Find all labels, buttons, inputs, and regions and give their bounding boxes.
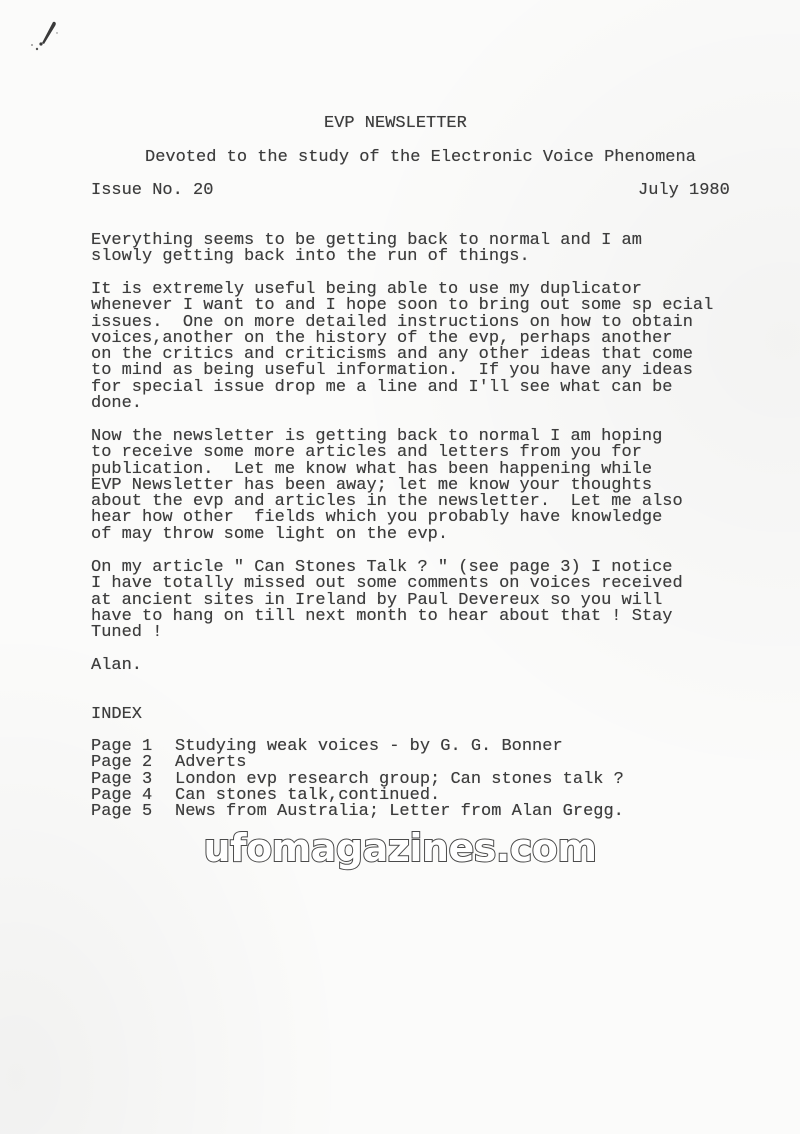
paragraph-contributions: Now the newsletter is getting back to no… [91, 429, 683, 543]
index-list: Page 1 Studying weak voices - by G. G. B… [91, 739, 624, 820]
watermark: ufomagazines.com [0, 826, 800, 870]
ink-blot-icon [24, 18, 64, 54]
index-entry-title: News from Australia; Letter from Alan Gr… [175, 804, 624, 820]
signoff: Alan. [91, 658, 142, 674]
paragraph-intro: Everything seems to be getting back to n… [91, 233, 642, 266]
paragraph-special-issues: It is extremely useful being able to use… [91, 282, 713, 412]
paragraph-stones-article: On my article " Can Stones Talk ? " (see… [91, 560, 683, 641]
index-entry: Page 1 Studying weak voices - by G. G. B… [91, 739, 624, 755]
index-heading: INDEX [91, 707, 142, 723]
issue-date: July 1980 [638, 183, 730, 199]
newsletter-subtitle: Devoted to the study of the Electronic V… [145, 150, 696, 166]
newsletter-page: EVP NEWSLETTER Devoted to the study of t… [0, 0, 800, 1134]
index-page-number: Page 5 [91, 804, 175, 820]
index-entry: Page 5 News from Australia; Letter from … [91, 804, 624, 820]
newsletter-title: EVP NEWSLETTER [324, 116, 467, 132]
issue-number: Issue No. 20 [91, 183, 213, 199]
